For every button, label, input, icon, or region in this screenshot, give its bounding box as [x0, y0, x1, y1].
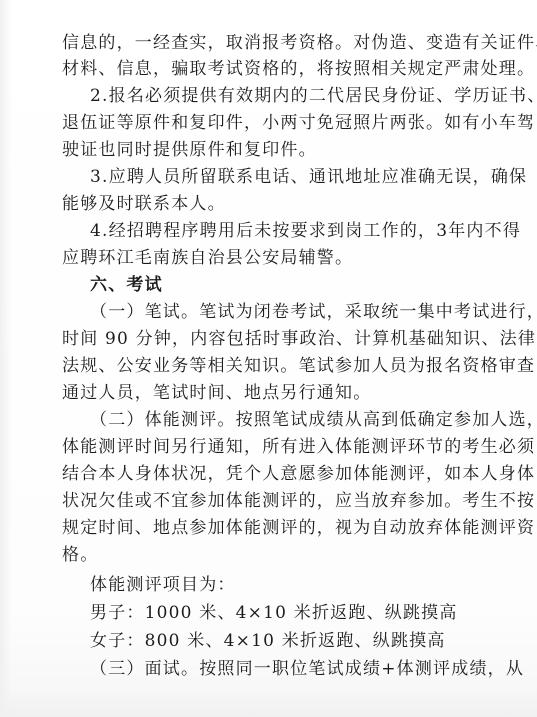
physical-test-line-6: 格。 — [62, 542, 462, 568]
written-exam-line-2: 时间 90 分钟，内容包括时事政治、计算机基础知识、法律 — [62, 326, 462, 352]
physical-test-line-1: （二）体能测评。按照笔试成绩从高到低确定参加人选， — [90, 407, 490, 433]
physical-test-line-4: 状况欠佳或不宜参加体能测评的，应当放弃参加。考生不按 — [62, 488, 462, 514]
written-exam-line-3: 法规、公安业务等相关知识。笔试参加人员为报名资格审查 — [62, 353, 462, 379]
physical-items-female: 女子：800 米、4×10 米折返跑、纵跳摸高 — [90, 628, 490, 654]
document-page: 信息的，一经查实，取消报考资格。对伪造、变造有关证件、 材料、信息，骗取考试资格… — [0, 0, 537, 717]
paragraph-line-penalty: 材料、信息，骗取考试资格的，将按照相关规定严肃处理。 — [62, 56, 462, 82]
written-exam-line-1: （一）笔试。笔试为闭卷考试，采取统一集中考试进行， — [90, 299, 490, 325]
item-2-line-3: 驶证也同时提供原件和复印件。 — [62, 137, 462, 163]
item-4-line-1: 4.经招聘程序聘用后未按要求到岗工作的，3年内不得 — [90, 218, 490, 244]
interview-line-1: （三）面试。按照同一职位笔试成绩+体测评成绩，从 — [90, 656, 490, 682]
physical-test-line-5: 规定时间、地点参加体能测评的，视为自动放弃体能测评资 — [62, 515, 462, 541]
item-2-line-1: 2.报名必须提供有效期内的二代居民身份证、学历证书、 — [90, 83, 490, 109]
section-heading-exam: 六、考试 — [90, 272, 490, 298]
item-3-line-2: 能够及时联系本人。 — [62, 191, 462, 217]
item-3-line-1: 3.应聘人员所留联系电话、通讯地址应准确无误，确保 — [90, 164, 490, 190]
item-4-line-2: 应聘环江毛南族自治县公安局辅警。 — [62, 245, 462, 271]
scan-shadow-bottom — [0, 687, 537, 717]
scan-shadow-left — [0, 0, 12, 717]
physical-items-male: 男子：1000 米、4×10 米折返跑、纵跳摸高 — [90, 600, 490, 626]
paragraph-line-verification: 信息的，一经查实，取消报考资格。对伪造、变造有关证件、 — [62, 30, 462, 56]
written-exam-line-4: 通过人员，笔试时间、地点另行通知。 — [62, 380, 462, 406]
physical-test-line-3: 结合本人身体状况，凭个人意愿参加体能测评，如本人身体 — [62, 461, 462, 487]
physical-test-line-2: 体能测评时间另行通知，所有进入体能测评环节的考生必须 — [62, 434, 462, 460]
item-2-line-2: 退伍证等原件和复印件，小两寸免冠照片两张。如有小车驾 — [62, 110, 462, 136]
physical-items-heading: 体能测评项目为： — [90, 572, 490, 598]
